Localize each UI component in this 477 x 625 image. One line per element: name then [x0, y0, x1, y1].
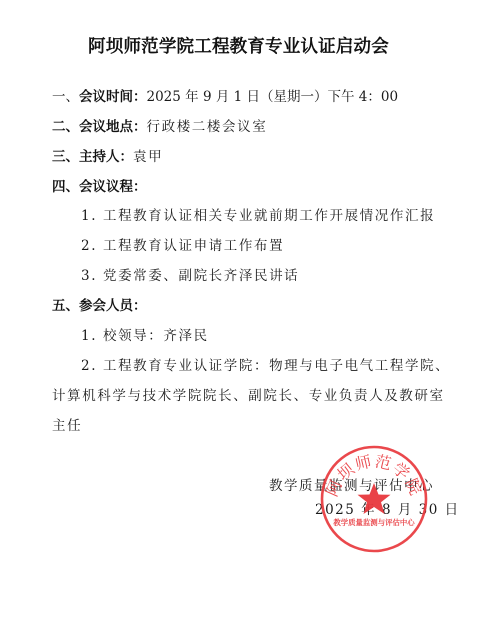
attendee-item-2-line-2: 计算机科学与技术学院院长、副院长、专业负责人及教研室 [52, 387, 445, 405]
section-attendees: 五、参会人员： [52, 297, 147, 315]
attendee-item-1: 1. 校领导：齐泽民 [81, 327, 209, 345]
section-meeting-location: 二、会议地点：行政楼二楼会议室 [52, 118, 267, 136]
section-number: 三、 [52, 149, 79, 165]
section-host: 三、主持人：袁甲 [52, 148, 163, 166]
agenda-item-1: 1. 工程教育认证相关专业就前期工作开展情况作汇报 [81, 207, 435, 225]
attendee-item-2-line-3: 主任 [52, 417, 82, 435]
section-label: 会议时间： [79, 89, 147, 105]
seal-bottom-text: 教学质量监测与评估中心 [332, 518, 415, 527]
agenda-item-2: 2. 工程教育认证申请工作布置 [81, 237, 284, 255]
agenda-item-3: 3. 党委常委、副院长齐泽民讲话 [81, 267, 299, 285]
section-value: 行政楼二楼会议室 [147, 119, 268, 135]
official-seal-icon: 阿坝师范学院 教学质量监测与评估中心 [318, 443, 430, 555]
attendee-item-2-line-1: 2. 工程教育专业认证学院：物理与电子电气工程学院、 [81, 357, 450, 375]
section-label: 参会人员： [79, 298, 147, 314]
section-number: 四、 [52, 179, 79, 195]
section-number: 二、 [52, 119, 79, 135]
document-title: 阿坝师范学院工程教育专业认证启动会 [0, 33, 477, 58]
section-label: 会议议程： [79, 179, 147, 195]
section-agenda: 四、会议议程： [52, 178, 147, 196]
section-number: 一、 [52, 89, 79, 105]
section-meeting-time: 一、会议时间：2025 年 9 月 1 日（星期一）下午 4：00 [52, 88, 398, 106]
section-value: 袁甲 [133, 149, 163, 165]
section-label: 主持人： [79, 149, 133, 165]
section-value: 2025 年 9 月 1 日（星期一）下午 4：00 [147, 89, 399, 105]
section-label: 会议地点： [79, 119, 147, 135]
section-number: 五、 [52, 298, 79, 314]
star-icon [358, 483, 391, 514]
